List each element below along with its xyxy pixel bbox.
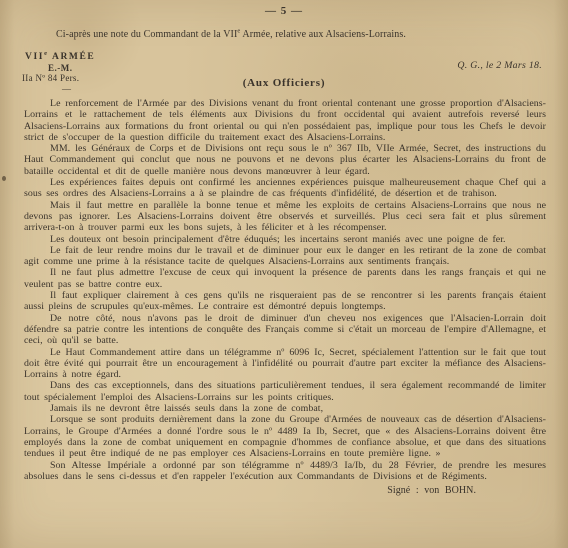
signature-line: Signé : von BOHN. (24, 485, 546, 496)
intro-pre: Ci-après une note du Commandant de la VI… (56, 29, 237, 40)
army-word: ARMÉE (49, 52, 96, 62)
salutation: (Aux Officiers) (0, 77, 568, 89)
intro-post: Armée, relative aux Alsaciens-Lorrains. (240, 29, 406, 40)
paragraph: Les expériences faites depuis ont confir… (24, 177, 546, 200)
intro-line: Ci-après une note du Commandant de la VI… (56, 29, 550, 40)
place-date: Q. G., le 2 Mars 18. (457, 60, 542, 71)
page-number: — 5 — (0, 5, 568, 17)
paragraph: Il ne faut plus admettre l'excuse de ceu… (24, 267, 546, 290)
paragraph: Son Altesse Impériale a ordonné par son … (24, 460, 546, 483)
army-roman-numeral: VII (25, 52, 44, 62)
paragraph: Lorsque se sont produits dernièrement da… (24, 414, 546, 459)
document-page: — 5 — Ci-après une note du Commandant de… (0, 0, 568, 548)
paragraph: Les douteux ont besoin principalement d'… (24, 234, 546, 245)
paragraph: De notre côté, nous n'avons pas le droit… (24, 313, 546, 347)
paragraph: Jamais ils ne devront être laissés seuls… (24, 403, 546, 414)
paragraph: Le renforcement de l'Armée par des Divis… (24, 98, 546, 143)
document-body: Le renforcement de l'Armée par des Divis… (24, 98, 546, 496)
paragraph: Mais il faut mettre en parallèle la bonn… (24, 200, 546, 234)
army-designation: VIIe ARMÉE (22, 52, 152, 63)
paragraph: Il faut expliquer clairement à ces gens … (24, 290, 546, 313)
paragraph: Dans des cas exceptionnels, dans des sit… (24, 380, 546, 403)
paragraph: Le fait de leur rendre moins dur le trav… (24, 245, 546, 268)
paragraph: Le Haut Commandement attire dans un télé… (24, 347, 546, 381)
scan-speck (2, 176, 6, 181)
staff-designation: E.-M. (22, 63, 152, 74)
paragraph: MM. les Généraux de Corps et de Division… (24, 143, 546, 177)
